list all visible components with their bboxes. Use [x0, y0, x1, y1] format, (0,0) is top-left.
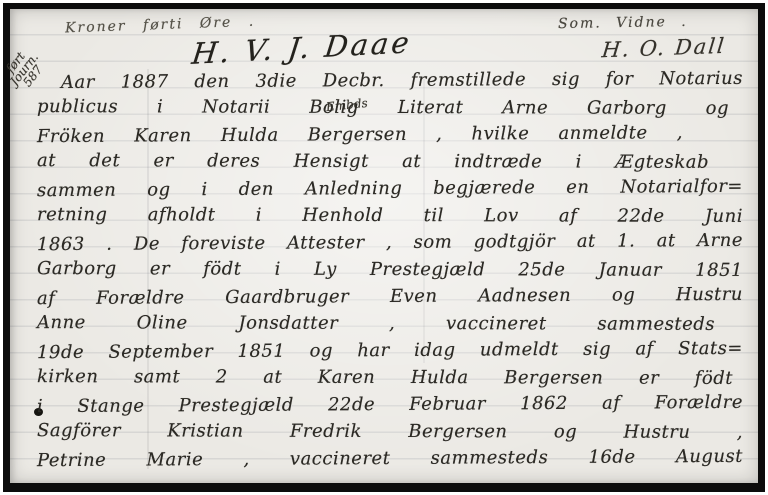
notary-signature: H. V. J. Daae: [190, 25, 414, 71]
manuscript-line: i Stange Prestegjæld 22de Februar 1862 a…: [37, 390, 743, 421]
manuscript-line: af Forældre Gaardbruger Even Aadnesen og…: [37, 282, 743, 313]
fee-note: Kroner førti Øre .: [65, 14, 256, 37]
manuscript-line: publicus i Notarii Bolig Literat Arne Ga…: [37, 94, 743, 123]
manuscript-line: retning afholdt i Henhold til Lov af 22d…: [37, 202, 743, 231]
scan-frame: Kroner førti Øre . ført Journ. 587 H. V.…: [3, 3, 765, 492]
manuscript-line: sammen og i den Anledning begjærede en N…: [37, 174, 743, 205]
manuscript-line: at det er deres Hensigt at indtræde i Æg…: [37, 148, 743, 177]
document-scan: Kroner førti Øre . ført Journ. 587 H. V.…: [0, 0, 768, 495]
manuscript-line: Aar 1887 den 3die Decbr. fremstillede si…: [37, 66, 743, 97]
manuscript-line: Sagförer Kristian Fredrik Bergersen og H…: [37, 418, 743, 447]
witness-label: Som. Vidne .: [558, 14, 688, 32]
manuscript-line: 19de September 1851 og har idag udmeldt …: [37, 336, 743, 367]
manuscript-line: Anne Oline Jonsdatter , vaccineret samme…: [37, 310, 743, 339]
witness-signature: H. O. Dall: [601, 34, 727, 62]
manuscript-line: 1863 . De foreviste Attester , som godtg…: [37, 228, 743, 259]
manuscript-line: Fröken Karen Hulda Bergersen , hvilke an…: [37, 120, 743, 151]
manuscript-line: Petrine Marie , vaccineret sammesteds 16…: [37, 444, 743, 475]
manuscript-body: Aar 1887 den 3die Decbr. fremstillede si…: [37, 68, 743, 473]
manuscript-line: kirken samt 2 at Karen Hulda Bergersen e…: [37, 364, 743, 393]
manuscript-line: Garborg er födt i Ly Prestegjæld 25de Ja…: [37, 256, 743, 285]
